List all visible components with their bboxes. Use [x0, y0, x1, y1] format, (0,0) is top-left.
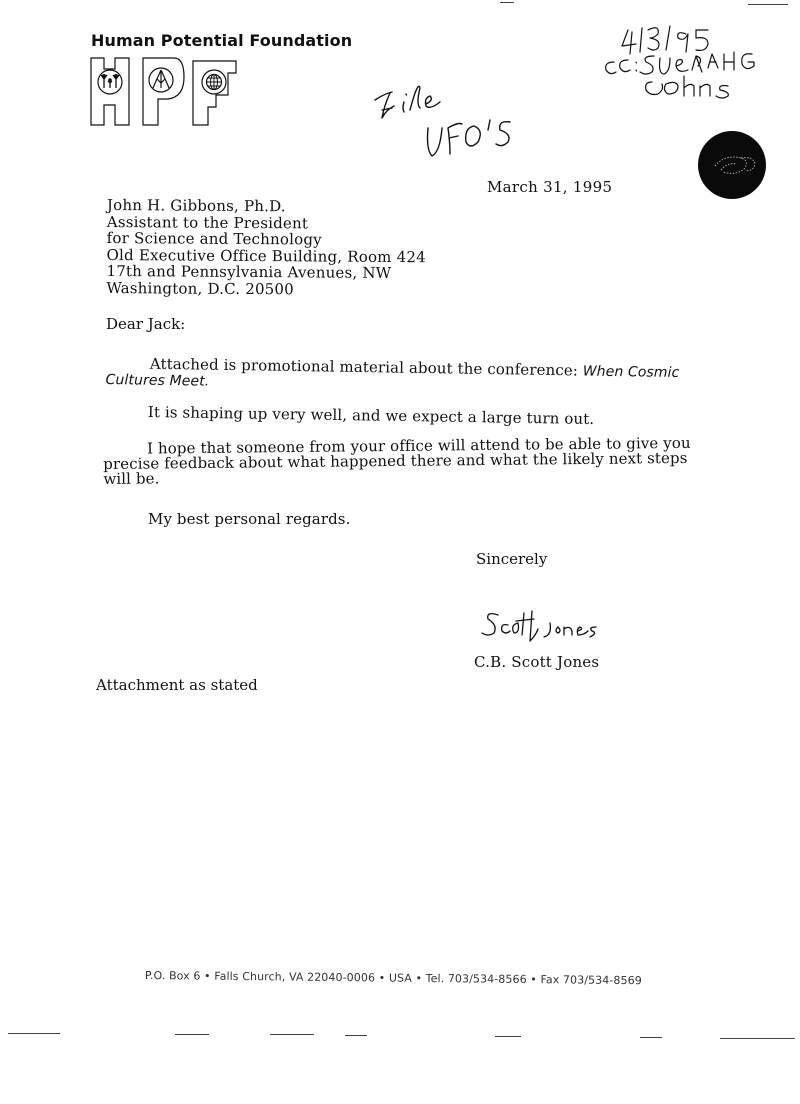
paragraph-4: My best personal regards. [148, 512, 350, 527]
scan-artifact [8, 1033, 60, 1034]
hpf-logo [88, 55, 238, 127]
conference-title-cont: Cultures Meet. [105, 372, 209, 390]
people-family-icon [98, 70, 122, 94]
scan-artifact [175, 1034, 209, 1035]
scan-artifact [720, 1038, 795, 1039]
handwritten-file-note [370, 70, 540, 170]
signer-name: C.B. Scott Jones [474, 653, 599, 671]
paragraph-3: I hope that someone from your office wil… [103, 436, 691, 487]
seal-stamp [697, 130, 767, 200]
conference-title: When Cosmic [583, 363, 680, 381]
organization-name: Human Potential Foundation [91, 31, 352, 50]
paragraph-2: It is shaping up very well, and we expec… [148, 405, 595, 427]
paragraph-1: Attached is promotional material about t… [105, 356, 679, 397]
scan-artifact [495, 1036, 521, 1037]
scan-artifact [748, 4, 788, 5]
enclosure-note: Attachment as stated [96, 676, 258, 694]
recipient-city: Washington, D.C. 20500 [106, 279, 425, 298]
scan-artifact [270, 1034, 314, 1035]
scan-artifact [345, 1035, 367, 1036]
globe-icon [202, 70, 226, 94]
letter-date: March 31, 1995 [487, 178, 612, 196]
praying-hands-icon [149, 68, 173, 92]
handwritten-routing-note [600, 20, 790, 105]
scan-artifact [500, 2, 514, 3]
salutation: Dear Jack: [106, 315, 185, 333]
letterhead-footer: P.O. Box 6 • Falls Church, VA 22040-0006… [145, 969, 642, 987]
closing: Sincerely [476, 550, 547, 568]
handwritten-signature [480, 605, 605, 647]
recipient-address: John H. Gibbons, Ph.D. Assistant to the … [106, 197, 426, 298]
scan-artifact [640, 1037, 662, 1038]
